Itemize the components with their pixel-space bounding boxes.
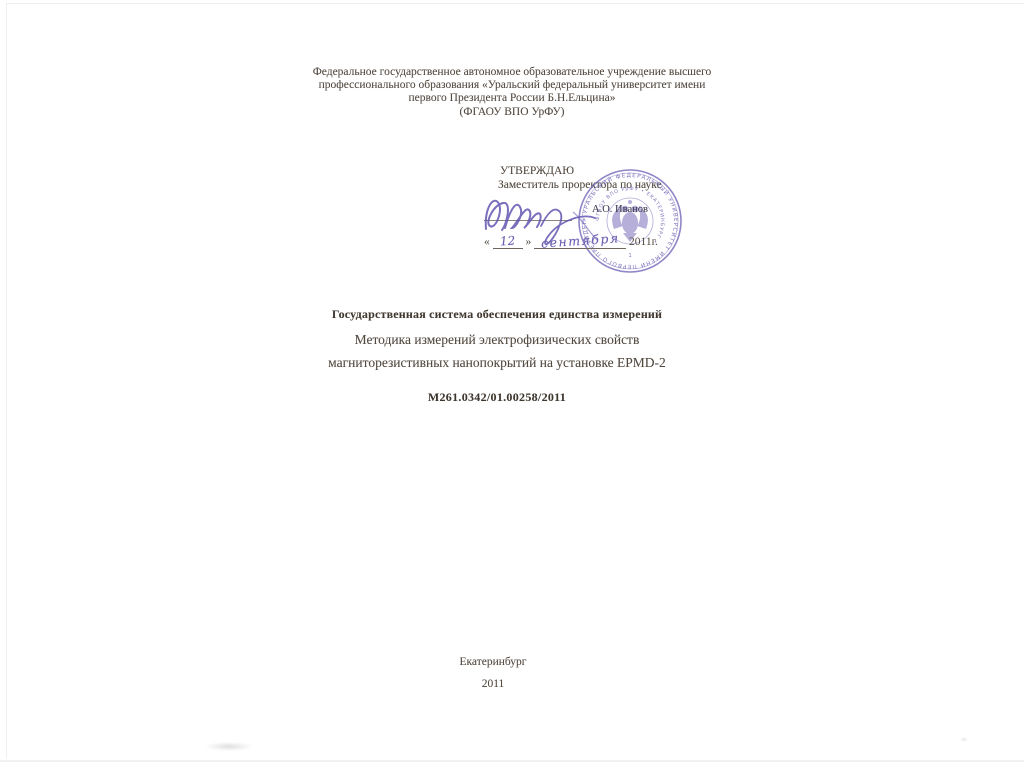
date-month-cell: сентября bbox=[534, 233, 626, 249]
signer-name: А.О. Иванов bbox=[592, 204, 648, 215]
scan-smudge bbox=[205, 742, 253, 751]
page-edge-bottom bbox=[0, 760, 1024, 762]
page-edge-top bbox=[6, 3, 1024, 4]
footer-year: 2011 bbox=[0, 678, 986, 690]
system-line: Государственная система обеспечения един… bbox=[0, 307, 994, 322]
date-day-cell: 12 bbox=[493, 234, 523, 249]
doc-title-line2: магниторезистивных нанопокрытий на устан… bbox=[0, 355, 994, 371]
doc-number: М261.0342/01.00258/2011 bbox=[0, 390, 994, 405]
signature-line bbox=[484, 220, 572, 221]
handwritten-day: 12 bbox=[500, 233, 516, 248]
handwritten-month: сентября bbox=[540, 230, 620, 250]
doc-title-line1: Методика измерений электрофизических сво… bbox=[0, 332, 994, 348]
footer-city: Екатеринбург bbox=[0, 656, 986, 668]
approval-date-row: « 12 » сентября 2011г. bbox=[484, 233, 658, 249]
quote-close: » bbox=[526, 236, 532, 248]
date-year: 2011г. bbox=[629, 236, 658, 248]
org-header-line: (ФГАОУ ВПО УрФУ) bbox=[0, 106, 1024, 118]
scan-speck bbox=[960, 737, 968, 742]
org-header-line: профессионального образования «Уральский… bbox=[0, 79, 1024, 91]
org-header-line: Федеральное государственное автономное о… bbox=[0, 66, 1024, 78]
quote-open: « bbox=[484, 236, 490, 248]
org-header-line: первого Президента России Б.Н.Ельцина» bbox=[0, 92, 1024, 104]
seal-ring-text-outer: • УРАЛЬСКИЙ ФЕДЕРАЛЬНЫЙ УНИВЕРСИТЕТ ИМЕН… bbox=[570, 161, 678, 269]
approve-word: УТВЕРЖДАЮ bbox=[500, 165, 574, 177]
document-page: Федеральное государственное автономное о… bbox=[0, 0, 1024, 767]
seal-bottom-mark: 1 bbox=[629, 253, 632, 259]
approver-title: Заместитель проректора по науке bbox=[498, 179, 662, 191]
